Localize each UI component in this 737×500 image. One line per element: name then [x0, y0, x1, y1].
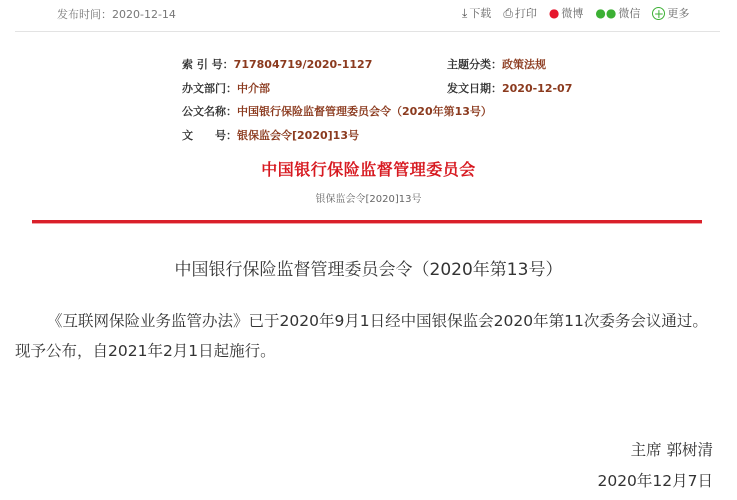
- meta-index: 索 引 号：717804719/2020-1127: [182, 56, 372, 72]
- document-title: 中国银行保险监督管理委员会令（2020年第13号）: [0, 255, 737, 280]
- meta-doc-number-value: 银保监会令[2020]13号: [237, 129, 359, 142]
- weibo-share-button[interactable]: ● 微博: [549, 5, 583, 21]
- print-label: 打印: [515, 5, 537, 21]
- print-icon: ⎙: [503, 7, 513, 19]
- document-body: 《互联网保险业务监管办法》已于2020年9月1日经中国银保监会2020年第11次…: [15, 306, 715, 366]
- print-button[interactable]: ⎙ 打印: [503, 5, 537, 21]
- meta-department-value: 中介部: [237, 82, 270, 95]
- meta-category-value: 政策法规: [502, 58, 546, 71]
- meta-doc-number-label: 文 号：: [182, 129, 237, 142]
- meta-doc-name: 公文名称：中国银行保险监督管理委员会令（2020年第13号）: [182, 103, 492, 119]
- download-button[interactable]: ⤓ 下载: [462, 5, 491, 21]
- header-divider: [15, 31, 720, 32]
- more-share-button[interactable]: + 更多: [652, 5, 689, 21]
- plus-circle-icon: +: [652, 7, 665, 20]
- meta-index-label: 索 引 号：: [182, 58, 234, 71]
- top-bar: 发布时间：2020-12-14 ⤓ 下载 ⎙ 打印 ● 微博 ●● 微信 + 更…: [0, 0, 737, 30]
- download-icon: ⤓: [462, 7, 467, 19]
- meta-doc-name-label: 公文名称：: [182, 105, 237, 118]
- signature: 主席 郭树清: [631, 438, 713, 460]
- meta-index-value: 717804719/2020-1127: [234, 58, 373, 71]
- weibo-icon: ●: [549, 7, 559, 19]
- share-toolbar: ⤓ 下载 ⎙ 打印 ● 微博 ●● 微信 + 更多: [462, 5, 689, 21]
- meta-date-value: 2020-12-07: [502, 82, 572, 95]
- publish-date: 发布时间：2020-12-14: [57, 6, 176, 22]
- wechat-share-button[interactable]: ●● 微信: [595, 5, 640, 21]
- wechat-icon: ●●: [595, 7, 616, 19]
- meta-category: 主题分类：政策法规: [447, 56, 546, 72]
- meta-doc-number: 文 号：银保监会令[2020]13号: [182, 127, 359, 143]
- download-label: 下载: [469, 5, 491, 21]
- meta-department: 办文部门：中介部: [182, 80, 270, 96]
- meta-category-label: 主题分类：: [447, 58, 502, 71]
- meta-date: 发文日期：2020-12-07: [447, 80, 572, 96]
- more-label: 更多: [667, 5, 689, 21]
- wechat-label: 微信: [618, 5, 640, 21]
- meta-doc-name-value: 中国银行保险监督管理委员会令（2020年第13号）: [237, 105, 492, 118]
- meta-date-label: 发文日期：: [447, 82, 502, 95]
- sign-date: 2020年12月7日: [597, 469, 713, 491]
- issuer-heading: 中国银行保险监督管理委员会: [0, 157, 737, 180]
- document-number: 银保监会令[2020]13号: [0, 190, 737, 205]
- red-divider-shadow: [32, 223, 702, 224]
- weibo-label: 微博: [561, 5, 583, 21]
- meta-department-label: 办文部门：: [182, 82, 237, 95]
